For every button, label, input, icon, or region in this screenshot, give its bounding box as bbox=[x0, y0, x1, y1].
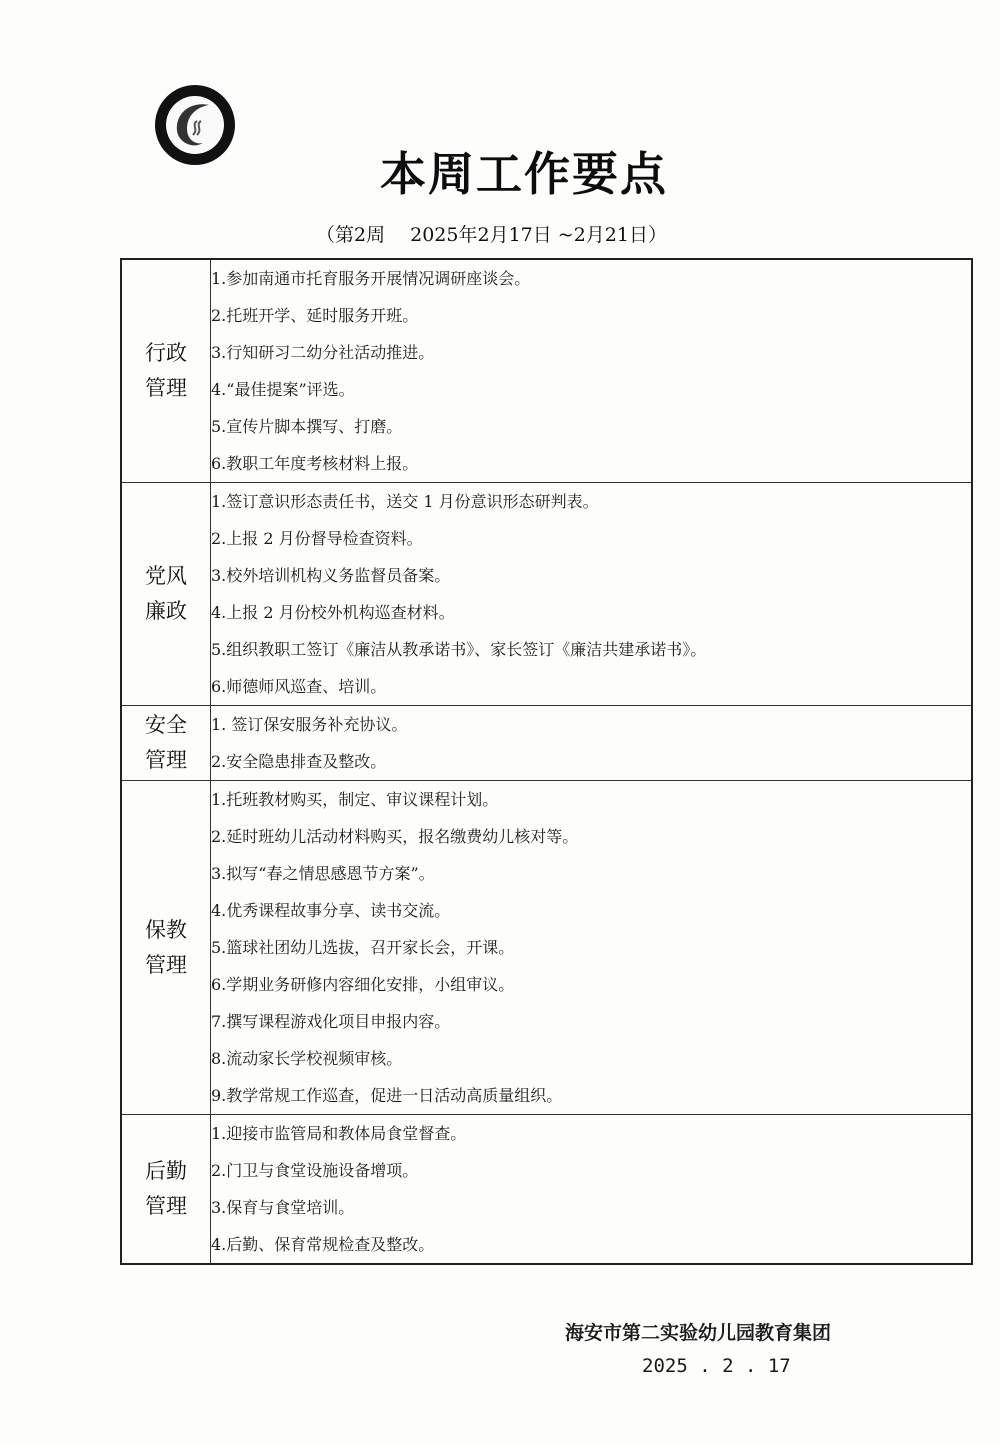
task-list: 1.参加南通市托育服务开展情况调研座谈会。2.托班开学、延时服务开班。3.行知研… bbox=[211, 259, 973, 483]
category-text: 党风 bbox=[122, 559, 210, 594]
category-label: 安全管理 bbox=[121, 706, 211, 781]
task-item: 6.学期业务研修内容细化安排，小组审议。 bbox=[211, 966, 971, 1003]
task-item: 4.“最佳提案”评选。 bbox=[211, 371, 971, 408]
category-text: 后勤 bbox=[122, 1154, 210, 1189]
task-item: 3.保育与食堂培训。 bbox=[211, 1189, 971, 1226]
section-row-party-conduct: 党风廉政1.签订意识形态责任书，送交 1 月份意识形态研判表。2.上报 2 月份… bbox=[121, 483, 972, 706]
task-item: 6.教职工年度考核材料上报。 bbox=[211, 445, 971, 482]
task-item: 5.宣传片脚本撰写、打磨。 bbox=[211, 408, 971, 445]
task-item: 8.流动家长学校视频审核。 bbox=[211, 1040, 971, 1077]
category-text: 管理 bbox=[122, 371, 210, 406]
task-item: 4.后勤、保育常规检查及整改。 bbox=[211, 1226, 971, 1263]
task-item: 5.组织教职工签订《廉洁从教承诺书》、家长签订《廉洁共建承诺书》。 bbox=[211, 631, 971, 668]
task-list: 1. 签订保安服务补充协议。2.安全隐患排查及整改。 bbox=[211, 706, 973, 781]
task-list: 1.迎接市监管局和教体局食堂督查。2.门卫与食堂设施设备增项。3.保育与食堂培训… bbox=[211, 1115, 973, 1265]
organization-name: 海安市第二实验幼儿园教育集团 bbox=[565, 1318, 831, 1345]
category-text: 管理 bbox=[122, 743, 210, 778]
task-item: 1.迎接市监管局和教体局食堂督查。 bbox=[211, 1115, 971, 1152]
section-row-logistics: 后勤管理1.迎接市监管局和教体局食堂督查。2.门卫与食堂设施设备增项。3.保育与… bbox=[121, 1115, 972, 1265]
task-item: 2.上报 2 月份督导检查资料。 bbox=[211, 520, 971, 557]
task-item: 3.校外培训机构义务监督员备案。 bbox=[211, 557, 971, 594]
school-logo-icon bbox=[153, 83, 237, 167]
category-label: 党风廉政 bbox=[121, 483, 211, 706]
task-item: 3.行知研习二幼分社活动推进。 bbox=[211, 334, 971, 371]
category-label: 行政管理 bbox=[121, 259, 211, 483]
task-item: 3.拟写“春之情思感恩节方案”。 bbox=[211, 855, 971, 892]
task-item: 4.优秀课程故事分享、读书交流。 bbox=[211, 892, 971, 929]
task-item: 1.签订意识形态责任书，送交 1 月份意识形态研判表。 bbox=[211, 483, 971, 520]
task-list: 1.托班教材购买，制定、审议课程计划。2.延时班幼儿活动材料购买，报名缴费幼儿核… bbox=[211, 781, 973, 1115]
task-item: 7.撰写课程游戏化项目申报内容。 bbox=[211, 1003, 971, 1040]
task-item: 9.教学常规工作巡查，促进一日活动高质量组织。 bbox=[211, 1077, 971, 1114]
category-text: 管理 bbox=[122, 1189, 210, 1224]
category-text: 廉政 bbox=[122, 594, 210, 629]
page-title: 本周工作要点 bbox=[380, 138, 668, 204]
section-row-administration: 行政管理1.参加南通市托育服务开展情况调研座谈会。2.托班开学、延时服务开班。3… bbox=[121, 259, 972, 483]
week-date-range: （第2周 2025年2月17日 ~2月21日） bbox=[316, 220, 667, 247]
document-date: 2025 . 2 . 17 bbox=[642, 1355, 791, 1377]
task-item: 2.安全隐患排查及整改。 bbox=[211, 743, 971, 780]
task-item: 2.门卫与食堂设施设备增项。 bbox=[211, 1152, 971, 1189]
task-item: 4.上报 2 月份校外机构巡查材料。 bbox=[211, 594, 971, 631]
category-text: 保教 bbox=[122, 913, 210, 948]
task-list: 1.签订意识形态责任书，送交 1 月份意识形态研判表。2.上报 2 月份督导检查… bbox=[211, 483, 973, 706]
category-text: 管理 bbox=[122, 948, 210, 983]
task-item: 1. 签订保安服务补充协议。 bbox=[211, 706, 971, 743]
task-item: 5.篮球社团幼儿选拔，召开家长会，开课。 bbox=[211, 929, 971, 966]
task-item: 2.延时班幼儿活动材料购买，报名缴费幼儿核对等。 bbox=[211, 818, 971, 855]
category-label: 保教管理 bbox=[121, 781, 211, 1115]
task-item: 6.师德师风巡查、培训。 bbox=[211, 668, 971, 705]
work-plan-table: 行政管理1.参加南通市托育服务开展情况调研座谈会。2.托班开学、延时服务开班。3… bbox=[120, 258, 973, 1265]
task-item: 1.参加南通市托育服务开展情况调研座谈会。 bbox=[211, 260, 971, 297]
section-row-safety: 安全管理1. 签订保安服务补充协议。2.安全隐患排查及整改。 bbox=[121, 706, 972, 781]
task-item: 1.托班教材购买，制定、审议课程计划。 bbox=[211, 781, 971, 818]
task-item: 2.托班开学、延时服务开班。 bbox=[211, 297, 971, 334]
category-text: 安全 bbox=[122, 708, 210, 743]
category-text: 行政 bbox=[122, 336, 210, 371]
section-row-education: 保教管理1.托班教材购买，制定、审议课程计划。2.延时班幼儿活动材料购买，报名缴… bbox=[121, 781, 972, 1115]
category-label: 后勤管理 bbox=[121, 1115, 211, 1265]
